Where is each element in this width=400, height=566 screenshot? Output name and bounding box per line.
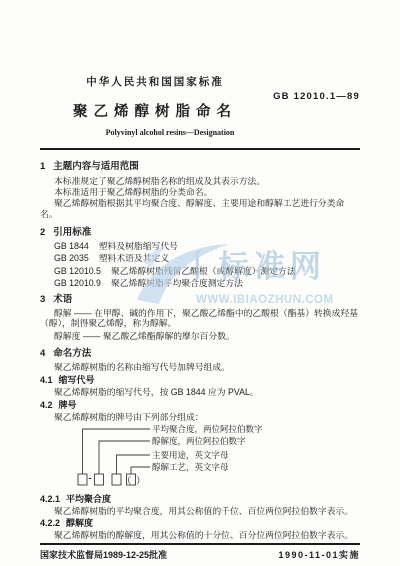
reference-code: GB 12010.5 bbox=[54, 266, 101, 276]
reference-title: 聚乙烯醇树脂残留乙酸根（或醇解度）测定方法 bbox=[111, 266, 296, 276]
section-scope: 1主题内容与适用范围 本标准规定了聚乙烯醇树脂名称的组成及其表示方法。 本标准适… bbox=[40, 162, 360, 220]
paragraph: 聚乙烯醇树脂的平均聚合度，用其公称值的千位、百位两位阿拉伯数字表示。 bbox=[40, 506, 360, 516]
section42-number: 4.2 bbox=[40, 400, 53, 410]
approval-text: 国家技术监督局1989-12-25批准 bbox=[40, 548, 167, 561]
section1-title: 主题内容与适用范围 bbox=[53, 161, 139, 172]
paragraph: 聚乙烯醇树脂的醇解度，用其公称值的十分位、百分位两位阿拉伯数字表示。 bbox=[40, 530, 360, 540]
reference-code: GB 1844 bbox=[54, 241, 89, 251]
standard-number: GB 12010.1—89 bbox=[273, 91, 360, 102]
section2-heading: 2引用标准 bbox=[40, 228, 360, 238]
diagram-label-alcoholysis-degree: 醇解度，两位阿拉伯数字 bbox=[152, 436, 246, 446]
section-terms: 3术语 醇解 —— 在甲醇、碱的作用下，聚乙酸乙烯酯中的乙酸根（酯基）转换成羟基… bbox=[40, 295, 360, 341]
document-title: 聚乙烯醇树脂命名 bbox=[40, 100, 270, 121]
reference-row: GB 12010.9聚乙烯醇树脂平均聚合度测定方法 bbox=[40, 278, 360, 288]
paragraph: 本标准适用于聚乙烯醇树脂的分类命名。 bbox=[40, 187, 360, 198]
section42-heading: 4.2牌号 bbox=[40, 400, 360, 410]
paragraph: 聚乙烯醇树脂的名称由缩写代号加牌号组成。 bbox=[40, 362, 360, 372]
designation-structure-diagram: 平均聚合度，两位阿拉伯数字 醇解度，两位阿拉伯数字 主要用途，英文字母 醇解工艺… bbox=[40, 425, 360, 491]
reference-title: 聚乙烯醇树脂平均聚合度测定方法 bbox=[111, 278, 243, 288]
diagram-paren-open: （ bbox=[122, 473, 132, 487]
paragraph: 本标准规定了聚乙烯醇树脂名称的组成及其表示方法。 bbox=[40, 176, 360, 187]
section1-number: 1 bbox=[40, 161, 45, 172]
term-definition: 醇解 —— 在甲醇、碱的作用下，聚乙酸乙烯酯中的乙酸根（酯基）转换成羟基（醇），… bbox=[40, 308, 360, 328]
section-references: 2引用标准 GB 1844塑料及树脂缩写代号 GB 2035塑料术语及其定义 G… bbox=[40, 228, 360, 288]
section422-number: 4.2.2 bbox=[40, 518, 60, 528]
diagram-label-process: 醇解工艺，英文字母 bbox=[152, 462, 229, 472]
standard-document-page: 中华人民共和国国家标准 GB 12010.1—89 聚乙烯醇树脂命名 Polyv… bbox=[0, 0, 400, 566]
diagram-paren-close: ） bbox=[136, 473, 146, 487]
section421-number: 4.2.1 bbox=[40, 494, 60, 504]
header-divider bbox=[40, 148, 360, 150]
section422-heading: 4.2.2醇解度 bbox=[40, 518, 360, 528]
diagram-separator: - bbox=[89, 473, 92, 483]
section2-title: 引用标准 bbox=[53, 227, 91, 238]
section2-number: 2 bbox=[40, 227, 45, 238]
document-subtitle-english: Polyvinyl alcohol resins—Designation bbox=[40, 128, 300, 137]
national-standard-label: 中华人民共和国国家标准 bbox=[40, 74, 270, 89]
section4-number: 4 bbox=[40, 348, 45, 359]
diagram-label-polymerization: 平均聚合度，两位阿拉伯数字 bbox=[152, 424, 263, 434]
reference-row: GB 12010.5聚乙烯醇树脂残留乙酸根（或醇解度）测定方法 bbox=[40, 266, 360, 276]
reference-title: 塑料及树脂缩写代号 bbox=[99, 241, 178, 251]
paragraph: 聚乙烯醇树脂的牌号由下列部分组成： bbox=[40, 412, 360, 422]
implementation-date: 1990-11-01实施 bbox=[278, 548, 360, 561]
reference-code: GB 12010.9 bbox=[54, 278, 101, 288]
section-designation-method: 4命名方法 聚乙烯醇树脂的名称由缩写代号加牌号组成。 4.1缩写代号 聚乙烯醇树… bbox=[40, 349, 360, 540]
approval-footer: 国家技术监督局1989-12-25批准 1990-11-01实施 bbox=[40, 543, 360, 561]
paragraph: 聚乙烯醇树脂的缩写代号，按 GB 1844 应为 PVAL。 bbox=[40, 387, 360, 397]
section4-title: 命名方法 bbox=[53, 348, 91, 359]
section41-number: 4.1 bbox=[40, 375, 53, 385]
diagram-label-main-use: 主要用途，英文字母 bbox=[152, 450, 229, 460]
document-header: 中华人民共和国国家标准 GB 12010.1—89 聚乙烯醇树脂命名 Polyv… bbox=[40, 0, 360, 150]
section422-title: 醇解度 bbox=[66, 518, 93, 528]
section1-heading: 1主题内容与适用范围 bbox=[40, 162, 360, 172]
reference-row: GB 2035塑料术语及其定义 bbox=[40, 253, 360, 263]
reference-title: 塑料术语及其定义 bbox=[99, 253, 169, 263]
section42-title: 牌号 bbox=[59, 400, 77, 410]
section3-title: 术语 bbox=[53, 294, 72, 305]
reference-row: GB 1844塑料及树脂缩写代号 bbox=[40, 241, 360, 251]
section41-heading: 4.1缩写代号 bbox=[40, 375, 360, 385]
section3-number: 3 bbox=[40, 294, 45, 305]
section421-title: 平均聚合度 bbox=[66, 494, 111, 504]
section421-heading: 4.2.1平均聚合度 bbox=[40, 494, 360, 504]
reference-code: GB 2035 bbox=[54, 253, 89, 263]
section41-title: 缩写代号 bbox=[59, 375, 95, 385]
term-definition: 醇解度 —— 聚乙酸乙烯酯醇解的摩尔百分数。 bbox=[40, 331, 360, 341]
paragraph: 聚乙烯醇树脂根据其平均聚合度、醇解度、主要用途和醇解工艺进行分类命名。 bbox=[40, 198, 360, 220]
section4-heading: 4命名方法 bbox=[40, 349, 360, 359]
section3-heading: 3术语 bbox=[40, 295, 360, 305]
